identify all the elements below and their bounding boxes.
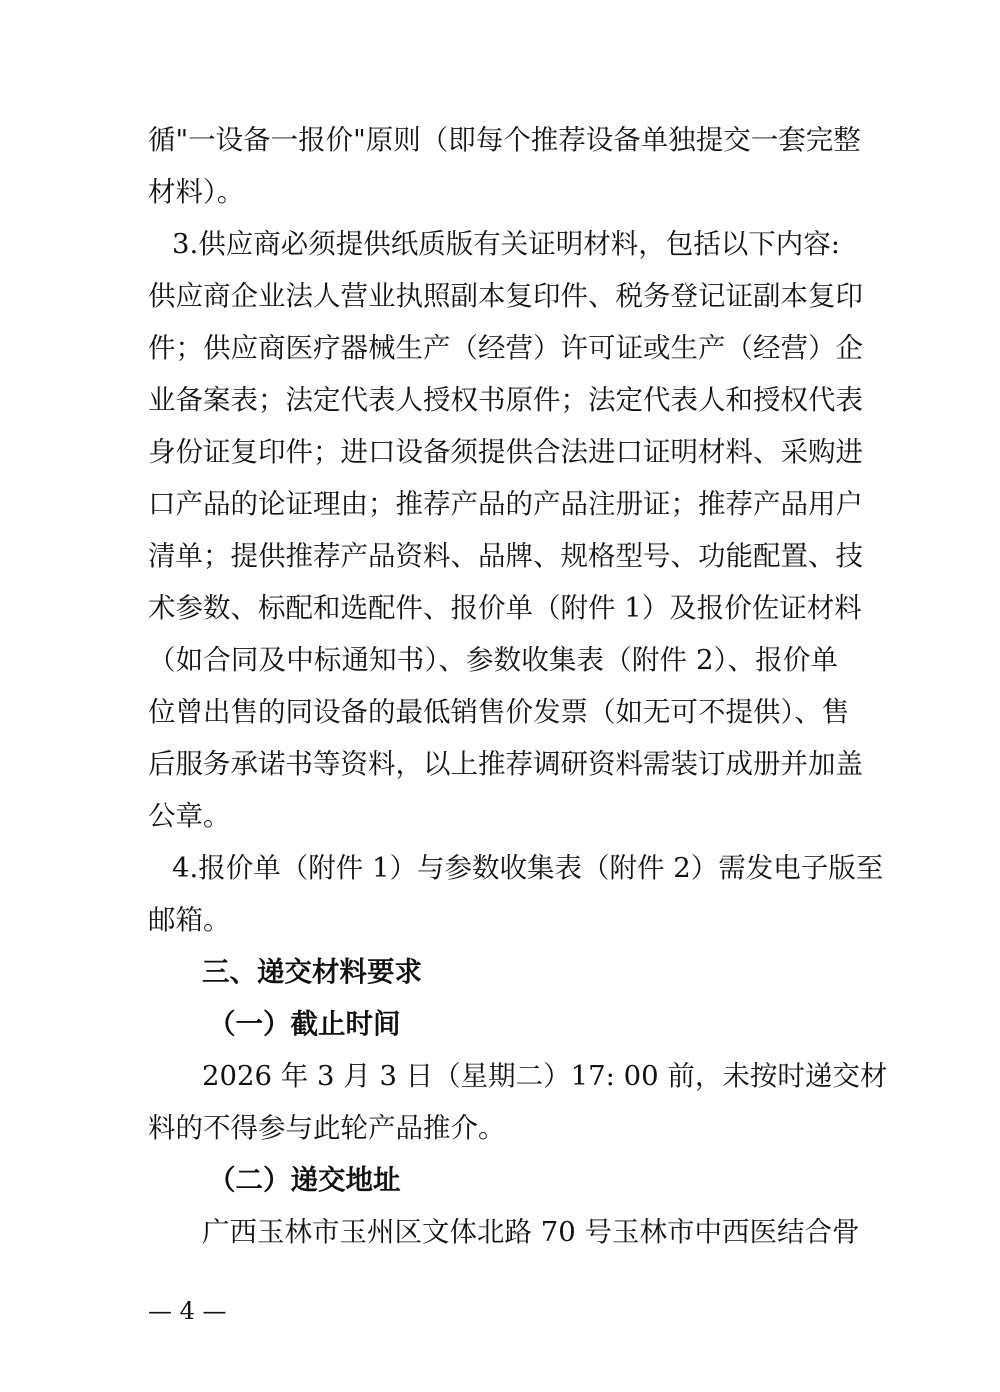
page-number: — 4 — bbox=[148, 1297, 227, 1325]
paragraph-line: 材料）。 bbox=[148, 166, 838, 218]
paragraph-line: 业备案表；法定代表人授权书原件；法定代表人和授权代表 bbox=[148, 374, 838, 426]
paragraph-line: 术参数、标配和选配件、报价单（附件 1）及报价佐证材料 bbox=[148, 582, 838, 634]
subsection-heading-address: （二）递交地址 bbox=[148, 1154, 838, 1206]
address-text: 广西玉林市玉州区文体北路 70 号玉林市中西医结合骨 bbox=[148, 1206, 838, 1258]
paragraph-line: 公章。 bbox=[148, 790, 838, 842]
section-heading: 三、递交材料要求 bbox=[148, 946, 838, 998]
subsection-heading-deadline: （一）截止时间 bbox=[148, 998, 838, 1050]
deadline-text: 2026 年 3 月 3 日（星期二）17: 00 前，未按时递交材 bbox=[148, 1050, 838, 1102]
paragraph-line: 邮箱。 bbox=[148, 894, 838, 946]
paragraph-line: （如合同及中标通知书）、参数收集表（附件 2）、报价单 bbox=[148, 634, 838, 686]
paragraph-line: 料的不得参与此轮产品推介。 bbox=[148, 1102, 838, 1154]
paragraph-line: 后服务承诺书等资料，以上推荐调研资料需装订成册并加盖 bbox=[148, 738, 838, 790]
paragraph-line: 位曾出售的同设备的最低销售价发票（如无可不提供）、售 bbox=[148, 686, 838, 738]
paragraph-line: 口产品的论证理由；推荐产品的产品注册证；推荐产品用户 bbox=[148, 478, 838, 530]
list-item-3: 3.供应商必须提供纸质版有关证明材料，包括以下内容: bbox=[148, 218, 838, 270]
list-item-4: 4.报价单（附件 1）与参数收集表（附件 2）需发电子版至 bbox=[148, 842, 838, 894]
paragraph-line: 供应商企业法人营业执照副本复印件、税务登记证副本复印 bbox=[148, 270, 838, 322]
document-page: 循"一设备一报价"原则（即每个推荐设备单独提交一套完整 材料）。 3.供应商必须… bbox=[148, 114, 838, 1258]
paragraph-line: 身份证复印件；进口设备须提供合法进口证明材料、采购进 bbox=[148, 426, 838, 478]
paragraph-line: 件；供应商医疗器械生产（经营）许可证或生产（经营）企 bbox=[148, 322, 838, 374]
paragraph-line: 清单；提供推荐产品资料、品牌、规格型号、功能配置、技 bbox=[148, 530, 838, 582]
paragraph-line: 循"一设备一报价"原则（即每个推荐设备单独提交一套完整 bbox=[148, 114, 838, 166]
